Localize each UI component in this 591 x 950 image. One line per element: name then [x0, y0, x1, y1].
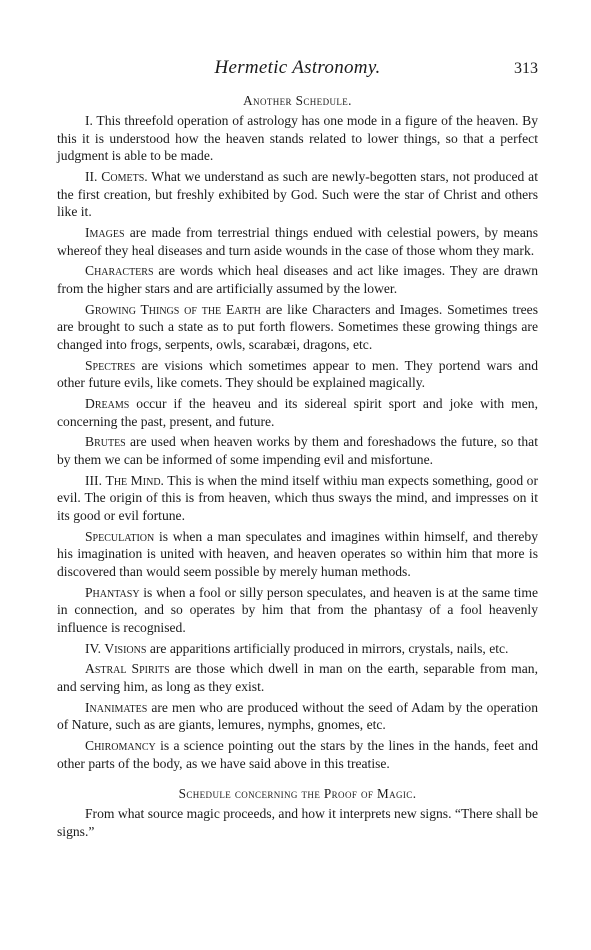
paragraph-numeral: IV.: [85, 641, 104, 656]
paragraph-source-of-magic: From what source magic proceeds, and how…: [57, 805, 538, 840]
paragraph-lead-term: Speculation: [85, 529, 154, 544]
paragraph-text: are made from terrestrial things endued …: [57, 225, 538, 258]
paragraph-characters: Characters are words which heal diseases…: [57, 262, 538, 297]
body-text: Another Schedule. I. This threefold oper…: [57, 93, 538, 844]
paragraph-lead-term: Images: [85, 225, 125, 240]
paragraph-text: From what source magic proceeds, and how…: [57, 806, 538, 839]
running-title: Hermetic Astronomy.: [57, 57, 538, 79]
paragraph-spectres: Spectres are visions which sometimes app…: [57, 357, 538, 392]
paragraph-lead-term: Phantasy: [85, 585, 140, 600]
paragraph-lead-term: Growing Things of the Earth: [85, 302, 261, 317]
paragraph-lead-term: Astral Spirits: [85, 661, 170, 676]
paragraph-lead-term: Dreams: [85, 396, 129, 411]
paragraph-speculation: Speculation is when a man speculates and…: [57, 528, 538, 581]
paragraph-visions: IV. Visions are apparitions artificially…: [57, 640, 538, 658]
paragraph-inanimates: Inanimates are men who are produced with…: [57, 699, 538, 734]
running-head: Hermetic Astronomy. 313: [57, 57, 538, 83]
paragraph-lead-term: Characters: [85, 263, 154, 278]
paragraph-lead-term: Brutes: [85, 434, 126, 449]
paragraph-lead-term: Inanimates: [85, 700, 147, 715]
paragraph-growing-things: Growing Things of the Earth are like Cha…: [57, 301, 538, 354]
paragraph-brutes: Brutes are used when heaven works by the…: [57, 433, 538, 468]
paragraph-text: are apparitions artificially produced in…: [146, 641, 508, 656]
paragraph-lead-term: Visions: [104, 641, 146, 656]
paragraph-threefold-operation: I. This threefold operation of astrology…: [57, 112, 538, 165]
paragraph-lead-term: Comets.: [101, 169, 147, 184]
section-heading-another-schedule: Another Schedule.: [57, 93, 538, 109]
paragraph-phantasy: Phantasy is when a fool or silly person …: [57, 584, 538, 637]
paragraph-chiromancy: Chiromancy is a science pointing out the…: [57, 737, 538, 772]
paragraph-lead-term: The Mind.: [106, 473, 164, 488]
paragraph-images: Images are made from terrestrial things …: [57, 224, 538, 259]
paragraph-numeral: III.: [85, 473, 106, 488]
paragraph-dreams: Dreams occur if the heaveu and its sider…: [57, 395, 538, 430]
page-number: 313: [514, 60, 538, 78]
section-heading-proof-of-magic: Schedule concerning the Proof of Magic.: [57, 786, 538, 802]
paragraph-text: occur if the heaveu and its sidereal spi…: [57, 396, 538, 429]
paragraph-astral-spirits: Astral Spirits are those which dwell in …: [57, 660, 538, 695]
paragraph-comets: II. Comets. What we understand as such a…: [57, 168, 538, 221]
paragraph-the-mind: III. The Mind. This is when the mind its…: [57, 472, 538, 525]
paragraph-lead-term: Chiromancy: [85, 738, 156, 753]
paragraph-lead-term: Spectres: [85, 358, 135, 373]
paragraph-text: I. This threefold operation of astrology…: [57, 113, 538, 163]
paragraph-numeral: II.: [85, 169, 101, 184]
paragraph-text: are used when heaven works by them and f…: [57, 434, 538, 467]
